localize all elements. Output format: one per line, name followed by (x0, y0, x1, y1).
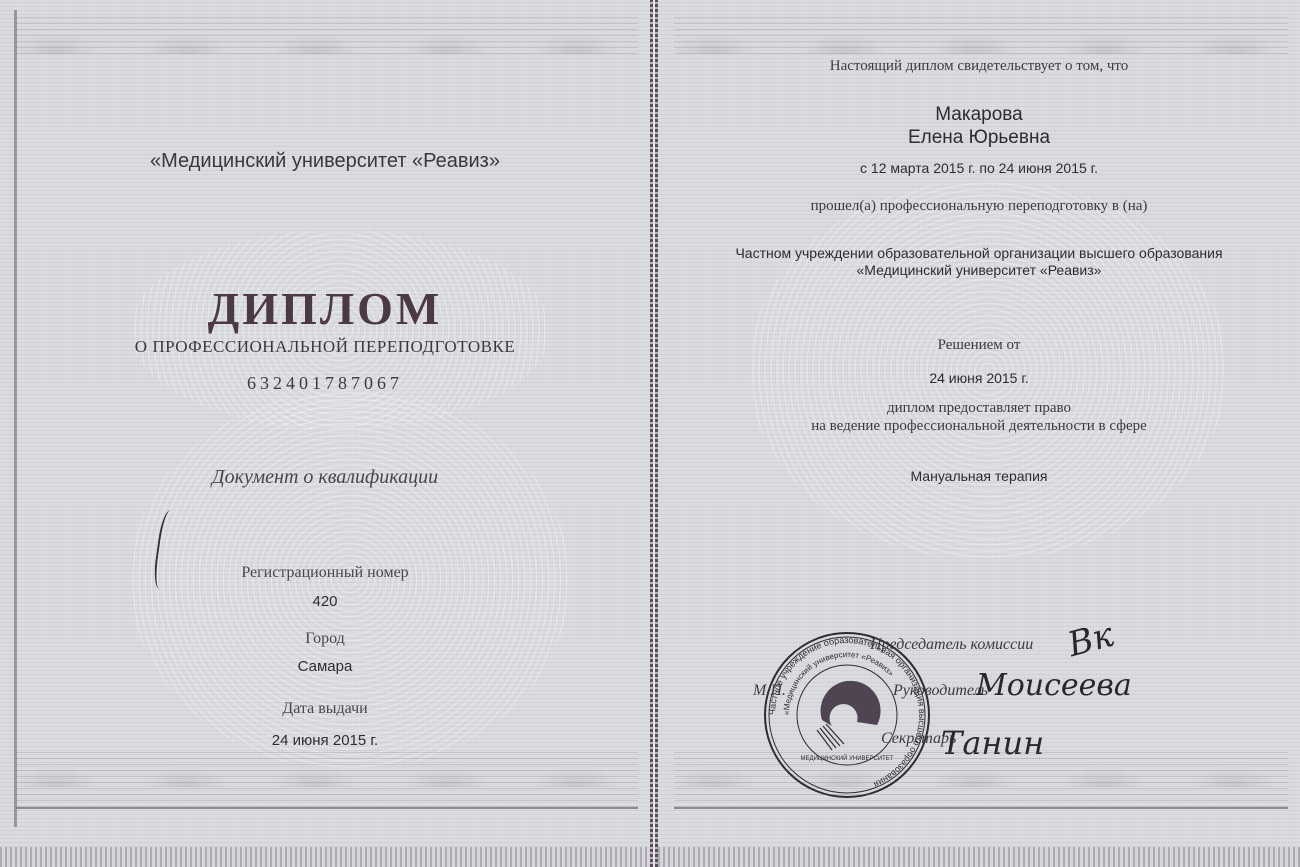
diploma-cover-page: «Медицинский университет «Реавиз» ДИПЛОМ… (0, 0, 650, 867)
guilloche-bottom-border (674, 747, 1288, 809)
chair-signature: Вк (1064, 615, 1118, 665)
holder-surname: Макарова (658, 104, 1300, 126)
decision-label: Решением от (658, 337, 1300, 354)
mp-label: М.П. (753, 682, 786, 700)
diploma-content-page: Настоящий диплом свидетельствует о том, … (658, 0, 1300, 867)
organization-line-1: Частном учреждении образовательной орган… (658, 245, 1300, 261)
organization-line-2: «Медицинский университет «Реавиз» (658, 262, 1300, 278)
specialty: Мануальная терапия (658, 468, 1300, 484)
city-value: Самара (0, 658, 650, 675)
diploma-spine (650, 0, 658, 867)
guilloche-bottom-border (16, 747, 638, 809)
guilloche-top-border (674, 14, 1288, 54)
registration-number: 420 (0, 593, 650, 610)
head-label: Руководитель (893, 682, 988, 700)
registration-label: Регистрационный номер (0, 564, 650, 582)
passed-training-text: прошел(а) профессиональную переподготовк… (658, 198, 1300, 215)
decision-date: 24 июня 2015 г. (658, 370, 1300, 386)
issue-date-label: Дата выдачи (0, 700, 650, 718)
grants-line-2: на ведение профессиональной деятельности… (658, 418, 1300, 435)
institution-name: «Медицинский университет «Реавиз» (0, 150, 650, 173)
guilloche-top-border (16, 14, 638, 54)
city-label: Город (0, 630, 650, 648)
diploma-subtitle: О ПРОФЕССИОНАЛЬНОЙ ПЕРЕПОДГОТОВКЕ (0, 337, 650, 357)
diploma-title: ДИПЛОМ (0, 282, 650, 335)
scan-edge-strip (658, 847, 1300, 867)
holder-given-names: Елена Юрьевна (658, 127, 1300, 149)
grants-line-1: диплом предоставляет право (658, 400, 1300, 417)
chair-label: Председатель комиссии (870, 636, 1033, 654)
training-period: с 12 марта 2015 г. по 24 июня 2015 г. (658, 160, 1300, 176)
certification-intro: Настоящий диплом свидетельствует о том, … (658, 58, 1300, 75)
document-type: Документ о квалификации (0, 466, 650, 489)
scan-edge-strip (0, 847, 650, 867)
head-signature: Моисеева (976, 668, 1132, 703)
serial-number: 632401787067 (0, 373, 650, 394)
